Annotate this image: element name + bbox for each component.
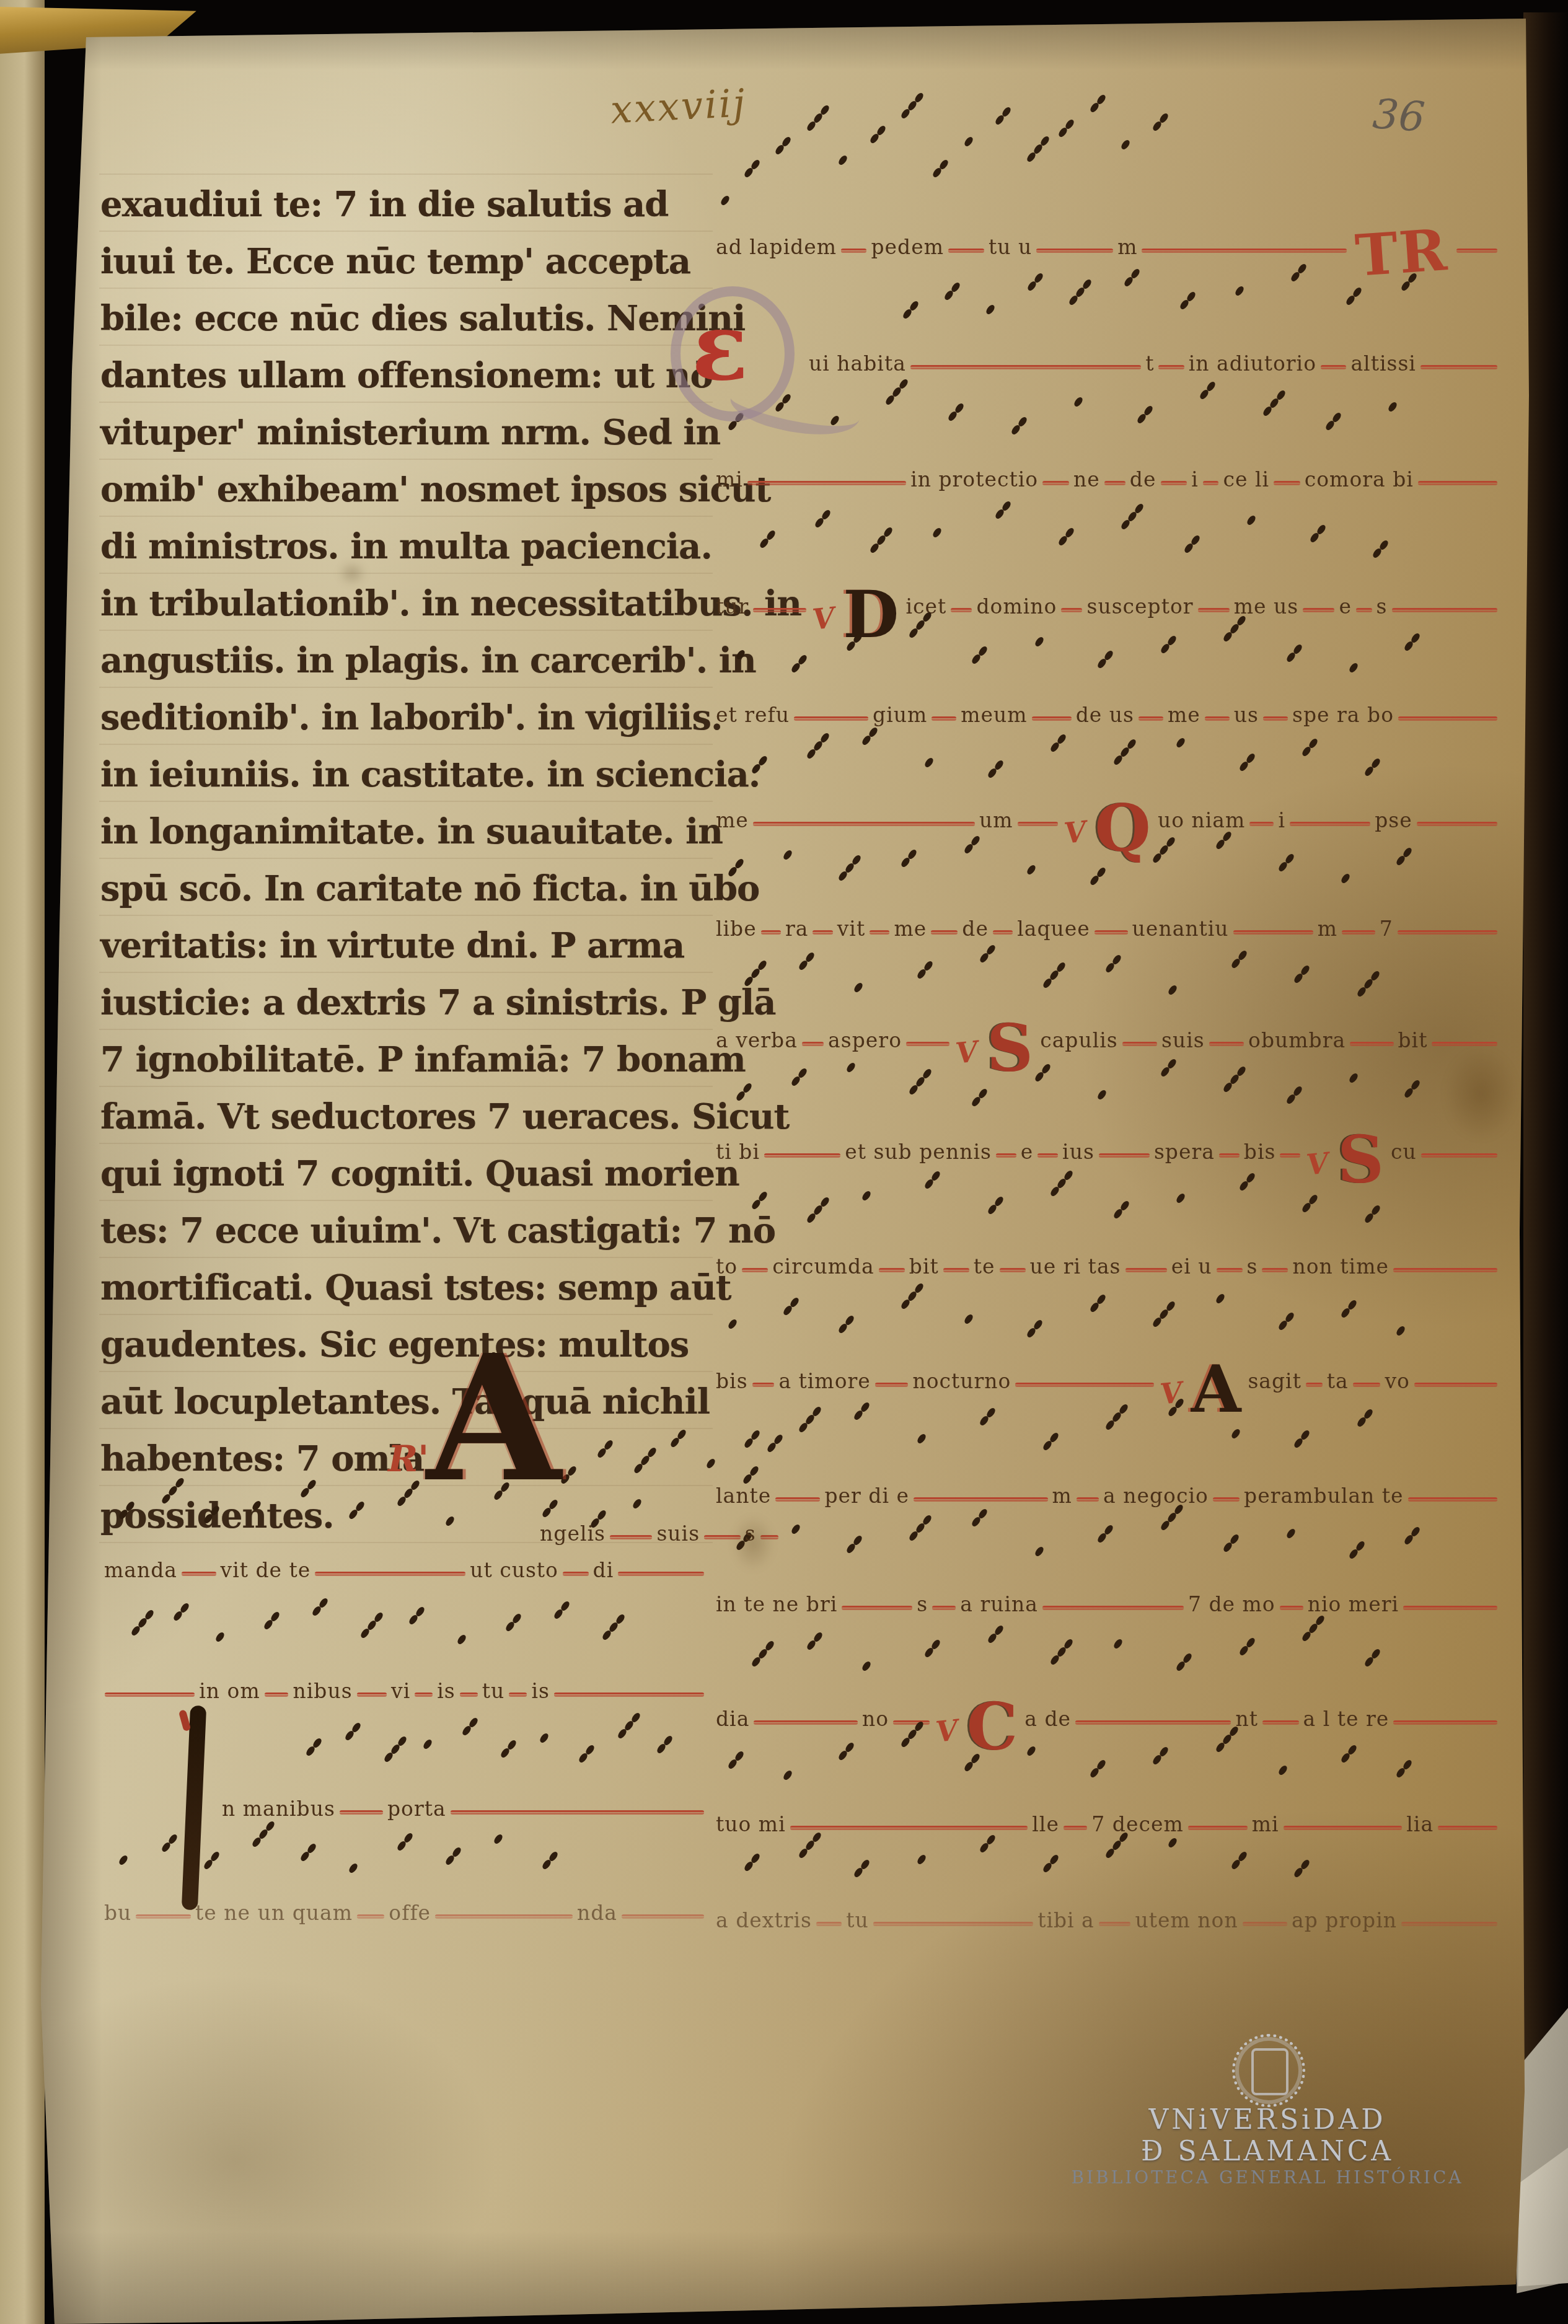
neume-mark <box>954 402 965 414</box>
red-staff-line <box>841 249 866 253</box>
red-staff-line <box>1280 1606 1303 1610</box>
music-row: tocircumdabitteue ri tasei usnon time <box>714 1159 1500 1279</box>
initial-a-large: A <box>426 1345 561 1494</box>
neume-band <box>714 610 1500 697</box>
red-staff-line <box>1161 481 1187 485</box>
stain <box>731 1515 775 1571</box>
red-staff-line <box>1306 1383 1323 1387</box>
prose-column: exaudiui te: 7 in die salutis adiuui te.… <box>100 176 711 1544</box>
neume-mark <box>1081 278 1093 290</box>
neume-band <box>714 74 1500 229</box>
red-staff-line <box>932 1606 956 1610</box>
syllable: utem non <box>1133 1908 1240 1932</box>
music-row: lanteper di ema negocioperambulan te <box>714 1388 1500 1508</box>
red-staff-line <box>1099 1153 1150 1158</box>
neume-mark <box>1370 1204 1381 1217</box>
watermark-salamanca: Ð SALAMANCA <box>1066 2136 1469 2167</box>
neume-mark <box>1174 1397 1185 1410</box>
neume-band <box>714 1044 1500 1134</box>
neume-mark <box>993 1195 1005 1207</box>
neume-mark <box>984 303 995 315</box>
prose-line: gaudentes. Sic egentes: multos <box>100 1316 711 1373</box>
red-staff-line <box>1353 1383 1381 1387</box>
neume-mark <box>1285 1527 1296 1539</box>
prose-line: mortificati. Quasi tstes: semp aūt <box>100 1259 711 1316</box>
syllable: is <box>435 1679 457 1703</box>
red-staff-line <box>1203 481 1219 485</box>
neume-mark <box>719 195 730 207</box>
syllable: tu <box>844 1908 871 1932</box>
neume-mark <box>539 1732 550 1745</box>
neume-mark <box>853 981 864 993</box>
library-watermark: VNiVERSiDAD Ð SALAMANCA BIBLIOTECA GENER… <box>1066 2104 1469 2188</box>
neume-mark <box>1034 1545 1045 1557</box>
red-staff-line <box>1037 1153 1058 1158</box>
syllable: is <box>529 1679 552 1703</box>
music-row: a verbaasperoVScapulissuisobumbrabit <box>714 933 1500 1052</box>
prose-line: bile: ecce nūc dies salutis. Nemini <box>100 290 711 347</box>
neume-mark <box>977 645 989 658</box>
red-staff-line <box>435 1914 573 1919</box>
red-staff-line <box>315 1572 465 1576</box>
syllable: nda <box>575 1901 619 1925</box>
neume-mark <box>1237 949 1248 961</box>
neume-mark <box>1134 503 1145 515</box>
red-staff-line <box>1217 1268 1243 1272</box>
prose-line: veritatis: in virtute dni. P arma <box>100 917 711 974</box>
neume-mark <box>209 1850 221 1862</box>
red-staff-line <box>1262 1268 1288 1272</box>
neume-mark <box>1230 1428 1241 1440</box>
red-staff-line <box>415 1692 433 1697</box>
music-row: a dextristutibi autem nonap propin <box>714 1819 1500 1932</box>
red-staff-line <box>357 1692 387 1697</box>
red-staff-line <box>764 1153 840 1158</box>
music-row: in omnibusviistuis <box>102 1587 707 1703</box>
neume-mark <box>1175 737 1186 749</box>
neume-mark <box>923 757 935 769</box>
neume-mark <box>1214 1293 1225 1305</box>
red-staff-line <box>1393 1268 1497 1272</box>
prose-line: angustiis. in plagis. in carcerib'. in <box>100 632 711 689</box>
neume-mark <box>118 1854 129 1867</box>
music-row: n manibusporta <box>220 1704 707 1821</box>
red-staff-line <box>948 249 984 253</box>
neume-mark <box>456 1634 467 1646</box>
red-staff-line <box>879 1268 905 1272</box>
neume-band <box>102 1587 707 1673</box>
neume-mark <box>764 1639 775 1652</box>
syllable: vit de te <box>219 1558 313 1582</box>
red-staff-line <box>618 1572 704 1576</box>
music-row: meumVQuo niamipse <box>714 716 1500 832</box>
red-staff-line <box>610 1535 652 1539</box>
neume-mark <box>1167 1836 1178 1849</box>
neume-mark <box>1277 1764 1288 1777</box>
neume-band <box>714 1497 1500 1587</box>
neume-mark <box>1348 662 1359 674</box>
music-row: turVDicetdominosusceptorme uses <box>714 486 1500 618</box>
syllable: ut custo <box>468 1558 560 1582</box>
neume-mark <box>757 755 769 767</box>
neume-mark <box>415 1606 426 1618</box>
responsory-mark: R' <box>388 1438 429 1480</box>
neume-mark <box>1073 396 1084 408</box>
syllable: di <box>591 1558 616 1582</box>
neume-band <box>714 1159 1500 1249</box>
syllable: ap propin <box>1290 1908 1399 1932</box>
neume-mark <box>214 1631 226 1644</box>
red-staff-line <box>1099 1922 1131 1926</box>
red-staff-line <box>1274 481 1300 485</box>
prose-line: in tribulationib'. in necessitatibus. in <box>100 575 711 632</box>
syllable: manda <box>102 1558 179 1582</box>
book-fore-edge <box>1523 12 1568 2119</box>
neume-mark <box>306 1842 317 1854</box>
red-staff-line <box>182 1572 216 1576</box>
red-staff-line <box>996 1153 1016 1158</box>
neume-mark <box>1340 873 1351 885</box>
neume-band <box>714 1611 1500 1701</box>
red-staff-line <box>1104 481 1125 485</box>
neume-mark <box>821 508 832 521</box>
red-staff-line <box>873 1922 1033 1926</box>
red-staff-line <box>136 1914 191 1919</box>
neume-mark <box>1112 1637 1123 1650</box>
neume-mark <box>861 1660 872 1672</box>
neume-mark <box>1348 1072 1359 1085</box>
music-row: ad lapidempedemtu umTR <box>714 74 1500 259</box>
neume-mark <box>493 1833 504 1846</box>
red-staff-line <box>563 1572 589 1576</box>
neume-mark <box>1246 514 1257 527</box>
red-staff-line <box>622 1914 704 1919</box>
syllable: vi <box>389 1679 412 1703</box>
prose-line: in longanimitate. in suauitate. in <box>100 803 711 860</box>
music-text-line: mandavit de teut custodi <box>102 1558 707 1582</box>
prose-line: tes: 7 ecce uiuim'. Vt castigati: 7 nō <box>100 1202 711 1259</box>
neume-mark <box>985 1834 997 1846</box>
red-staff-line <box>1418 481 1497 485</box>
neume-mark <box>789 1296 800 1308</box>
prose-line: omib' exhibeam' nosmet ipsos sicut <box>100 461 711 518</box>
red-staff-line <box>842 1606 912 1610</box>
neume-mark <box>1034 636 1045 648</box>
red-staff-line <box>1401 1922 1497 1926</box>
red-staff-line <box>1421 1153 1497 1158</box>
neume-mark <box>1395 1325 1406 1337</box>
neume-mark <box>348 1862 359 1875</box>
parchment-page: xxxviij 36 exaudiui te: 7 in die salutis… <box>0 0 1568 2324</box>
watermark-library: BIBLIOTECA GENERAL HISTÓRICA <box>1066 2167 1469 2188</box>
syllable: tu <box>480 1679 507 1703</box>
red-staff-line <box>875 1383 909 1387</box>
prose-line: iuui te. Ecce nūc temp' accepta <box>100 233 711 290</box>
neume-mark <box>1167 984 1178 997</box>
neume-mark <box>1331 411 1342 423</box>
neume-mark <box>705 1457 716 1469</box>
neume-mark <box>963 136 974 148</box>
syllable: in om <box>197 1679 262 1703</box>
syllable: a dextris <box>714 1908 814 1932</box>
neume-mark <box>1041 1062 1052 1075</box>
red-staff-line <box>105 1692 195 1697</box>
neume-band <box>714 933 1500 1023</box>
prose-line: 7 ignobilitatē. P infamiā: 7 bonam <box>100 1031 711 1088</box>
neume-mark <box>1370 1647 1381 1660</box>
red-staff-line <box>340 1810 383 1815</box>
music-text-line: in omnibusviistuis <box>102 1679 707 1703</box>
red-staff-line <box>943 1268 969 1272</box>
neume-mark <box>1229 1533 1240 1545</box>
syllable: suis <box>654 1521 702 1546</box>
red-staff-line <box>1125 1268 1167 1272</box>
neume-mark <box>782 849 793 861</box>
red-staff-line <box>747 481 906 485</box>
prose-line: famā. Vt seductores 7 ueraces. Sicut <box>100 1088 711 1145</box>
prose-line: iusticie: a dextris 7 a sinistris. P glā <box>100 974 711 1031</box>
neume-mark <box>734 857 745 869</box>
neume-mark <box>1308 1193 1319 1205</box>
prose-line: di ministros. in multa paciencia. <box>100 518 711 575</box>
neume-mark <box>781 135 792 147</box>
neume-mark <box>930 1639 941 1651</box>
neume-mark <box>915 1432 927 1445</box>
music-row: ti biet sub penniseiussperabisVScu <box>714 1044 1500 1164</box>
red-staff-line <box>265 1692 289 1697</box>
syllable: nibus <box>291 1679 354 1703</box>
neume-band <box>714 1720 1500 1807</box>
neume-mark <box>860 1401 871 1414</box>
prose-line: in ieiuniis. in castitate. in sciencia. <box>100 746 711 803</box>
red-staff-line <box>1042 481 1069 485</box>
neume-band <box>538 1411 781 1516</box>
red-staff-line <box>1000 1268 1026 1272</box>
music-row: in te ne brisa ruina7 de monio meri <box>714 1497 1500 1616</box>
neume-mark <box>1120 139 1131 151</box>
neume-mark <box>782 1769 793 1782</box>
syllable: bu <box>102 1901 133 1925</box>
neume-mark <box>1130 267 1141 279</box>
previous-page-edge <box>0 0 45 2324</box>
neume-mark <box>750 1852 761 1864</box>
red-staff-line <box>752 1383 775 1387</box>
watermark-university: VNiVERSiDAD <box>1066 2104 1469 2136</box>
neume-mark <box>845 1062 856 1074</box>
neume-mark <box>804 951 816 963</box>
neume-mark <box>861 1189 872 1202</box>
neume-mark <box>1387 400 1398 413</box>
neume-band <box>714 821 1500 911</box>
neume-mark <box>1182 1652 1193 1664</box>
neume-band <box>714 716 1500 803</box>
red-staff-line <box>1243 1922 1287 1926</box>
neume-mark <box>1063 1637 1074 1650</box>
neume-mark <box>790 1523 801 1535</box>
neume-mark <box>251 1500 262 1512</box>
neume-mark <box>1300 1428 1311 1441</box>
neume-mark <box>318 1597 329 1609</box>
red-staff-line <box>1042 1606 1184 1610</box>
stain <box>338 561 366 586</box>
red-staff-line <box>1036 249 1113 253</box>
neume-mark <box>963 1313 974 1326</box>
neume-mark <box>915 1853 927 1865</box>
neume-mark <box>1234 284 1245 297</box>
neume-band <box>220 1704 707 1791</box>
prose-line: vituper' ministerium nrm. Sed in <box>100 404 711 461</box>
neume-mark <box>1165 835 1176 848</box>
manuscript-scan: xxxviij 36 exaudiui te: 7 in die salutis… <box>0 0 1568 2324</box>
red-staff-line <box>1219 1153 1240 1158</box>
neume-mark <box>422 1738 433 1751</box>
stain <box>1444 1047 1518 1140</box>
neume-mark <box>1352 286 1363 298</box>
prose-line: dantes ullam offensionem: ut nō <box>100 347 711 404</box>
red-staff-line <box>742 1268 768 1272</box>
syllable: tibi a <box>1036 1908 1096 1932</box>
neume-mark <box>985 1406 997 1419</box>
neume-mark <box>603 1438 614 1451</box>
neume-band <box>714 1388 1500 1478</box>
neume-mark <box>977 1508 989 1520</box>
prose-line: exaudiui te: 7 in die salutis ad <box>100 176 711 233</box>
university-seal-icon <box>1232 2034 1305 2107</box>
neume-mark <box>1026 1745 1037 1758</box>
neume-band <box>714 486 1500 589</box>
prose-line: qui ignoti 7 cogniti. Quasi morien <box>100 1145 711 1202</box>
prose-line: spū scō. In caritate nō ficta. in ūbo <box>100 860 711 917</box>
neume-mark <box>735 649 746 661</box>
red-staff-line <box>1015 1383 1153 1387</box>
neume-mark <box>914 1282 925 1294</box>
neume-mark <box>1096 1088 1108 1101</box>
neume-mark <box>1175 1192 1186 1205</box>
red-staff-line <box>1280 1153 1300 1158</box>
red-staff-line <box>816 1922 842 1926</box>
neume-mark <box>1236 614 1247 627</box>
red-staff-line <box>1142 249 1347 253</box>
music-row: et refugiummeumde usmeusspe ra bo <box>714 610 1500 727</box>
red-staff-line <box>357 1914 384 1919</box>
syllable: offe <box>387 1901 433 1925</box>
neume-mark <box>1063 1169 1074 1181</box>
red-staff-line <box>1456 249 1497 253</box>
red-staff-line <box>1403 1606 1497 1610</box>
red-staff-line <box>509 1692 527 1697</box>
neume-mark <box>837 154 848 167</box>
neume-mark <box>1165 1300 1176 1312</box>
neume-band <box>807 253 1500 346</box>
neume-mark <box>727 1318 738 1330</box>
music-text-line: a dextristutibi autem nonap propin <box>714 1908 1500 1932</box>
neume-mark <box>932 527 943 539</box>
neume-mark <box>930 1170 941 1182</box>
red-staff-line <box>1414 1383 1497 1387</box>
music-row: ui habitatin adiutorioaltissi <box>807 253 1500 376</box>
syllable: te ne un quam <box>193 1901 355 1925</box>
music-row: dianoVCa denta l te re <box>714 1611 1500 1731</box>
neume-mark <box>734 1750 745 1763</box>
prose-line: seditionib'. in laborib'. in vigiliis. <box>100 689 711 746</box>
red-staff-line <box>451 1810 704 1815</box>
neume-band <box>714 1274 1500 1363</box>
neume-mark <box>1026 863 1037 876</box>
neume-mark <box>765 529 777 541</box>
syllable: ngelis <box>538 1521 607 1546</box>
neume-band <box>714 1819 1500 1903</box>
red-staff-line <box>554 1692 704 1697</box>
music-row: bisa timorenocturnoVAsagittavo <box>714 1274 1500 1393</box>
neume-mark <box>548 1850 559 1862</box>
red-staff-line <box>460 1692 478 1697</box>
music-row: liberavitmedelaqueeuenantium7 <box>714 821 1500 941</box>
